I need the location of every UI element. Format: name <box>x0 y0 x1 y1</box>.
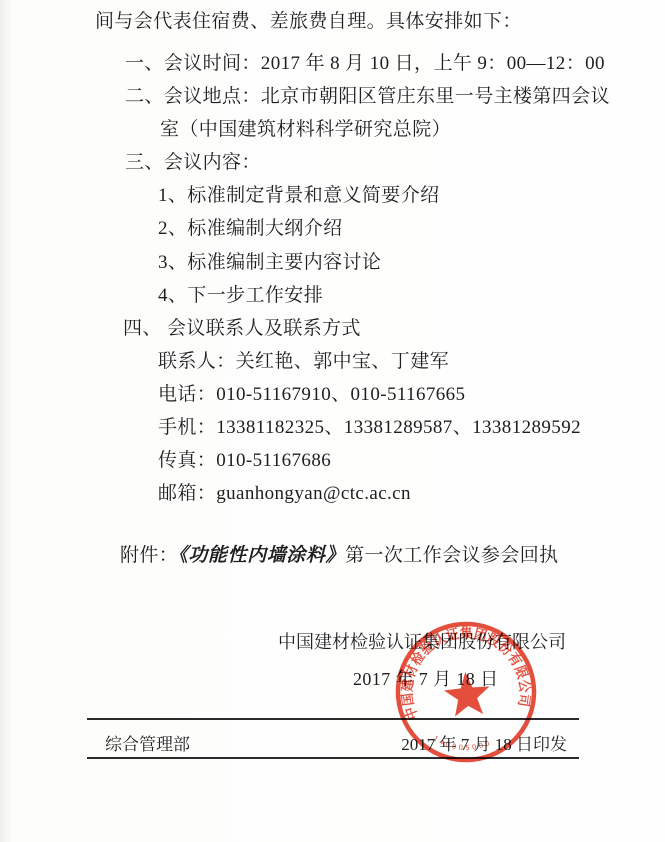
seal-serial-number: 140005000 <box>431 730 494 756</box>
meeting-place-cont: 室（中国建筑材料科学研究总院） <box>160 118 451 142</box>
svg-text:140005000: 140005000 <box>431 730 494 756</box>
meeting-place-line: 二、会议地点：北京市朝阳区管庄东里一号主楼第四会议 <box>125 85 610 109</box>
star-icon <box>443 670 492 717</box>
intro-line: 间与会代表住宿费、差旅费自理。具体安排如下： <box>95 10 522 34</box>
company-seal-stamp: 中国建材检验认证集团股份有限公司 140005000 <box>388 614 544 770</box>
content-subitem-1: 1、标准制定背景和意义简要介绍 <box>158 184 440 208</box>
content-subitem-2: 2、标准编制大纲介绍 <box>158 217 343 241</box>
attachment-rest: 第一次工作会议参会回执 <box>345 545 558 566</box>
footer-department: 综合管理部 <box>105 730 190 755</box>
email-line: 邮箱：guanhongyan@ctc.ac.cn <box>158 482 411 506</box>
contact-person-line: 联系人：关红艳、郭中宝、丁建军 <box>158 350 449 374</box>
phone-line: 电话：010-51167910、010-51167665 <box>158 383 465 407</box>
attachment-standard-title: 《功能性内墙涂料》 <box>178 545 345 566</box>
mobile-line: 手机：13381182325、13381289587、13381289592 <box>158 416 581 440</box>
attachment-label: 附件： <box>120 545 178 566</box>
fax-line: 传真：010-51167686 <box>158 449 331 473</box>
meeting-content-head: 三、会议内容： <box>125 151 261 175</box>
scanned-document-page: 间与会代表住宿费、差旅费自理。具体安排如下： 一、会议时间：2017 年 8 月… <box>0 0 665 842</box>
meeting-time-line: 一、会议时间：2017 年 8 月 10 日，上午 9：00—12：00 <box>125 52 605 76</box>
attachment-line: 附件：《功能性内墙涂料》第一次工作会议参会回执 <box>120 544 559 568</box>
content-subitem-4: 4、下一步工作安排 <box>158 284 323 308</box>
contact-section-head: 四、 会议联系人及联系方式 <box>123 317 361 341</box>
content-subitem-3: 3、标准编制主要内容讨论 <box>158 251 381 275</box>
